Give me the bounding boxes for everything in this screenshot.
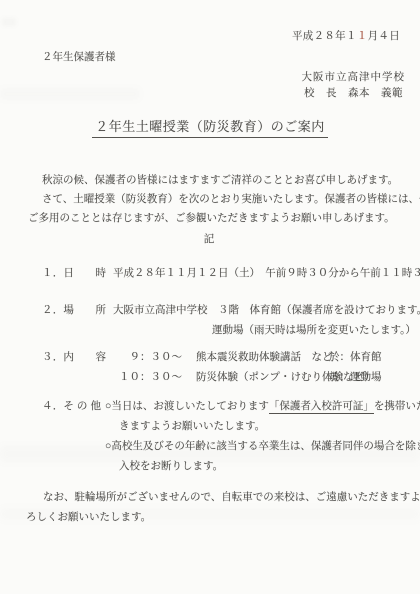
date-line: 平成２８年１１月４日	[292, 30, 400, 44]
school-name: 大阪市立高津中学校	[302, 71, 406, 85]
scan-artifact	[2, 18, 16, 26]
item-datetime-label: １．日 時	[42, 267, 106, 281]
other-note-2: ○高校生及びその年齢に該当する卒業生は、保護者同伴の場合を除き、	[105, 440, 420, 454]
greeting-line-1: 秋涼の候、保護者の皆様にはますますご清祥のこととお喜び申しあげます。	[28, 171, 394, 190]
scan-artifact	[0, 88, 140, 100]
content-row1-place: 於：体育館	[329, 351, 382, 365]
item-content-label: ３．内 容	[42, 351, 106, 365]
item-place-line-1: 大阪市立高津中学校 ３階 体育館（保護者席を設けております。）	[113, 304, 420, 318]
greeting-line-3: ご多用のこととは存じますが、ご参観いただきますようお願い申しあげます。	[28, 209, 394, 228]
principal-name: 校 長 森本 義範	[304, 87, 403, 101]
item-other-label: ４．そ の 他	[42, 400, 101, 414]
record-marker: 記	[0, 233, 420, 247]
item-place-label: ２．場 所	[42, 304, 106, 318]
content-row1-desc: 熊本震災救助体験講話 など	[196, 351, 333, 365]
other-note-1: ○当日は、お渡しいたしております「保護者入校許可証」を携帯いただ	[105, 400, 420, 414]
other-note-1-pre: ○当日は、お渡しいたしております	[105, 401, 269, 412]
closing-line-1: なお、駐輪場所がございませんので、自転車での来校は、ご遠慮いただきますようによ	[26, 488, 406, 508]
greeting-paragraph: 秋涼の候、保護者の皆様にはますますご清祥のこととお喜び申しあげます。 さて、土曜…	[28, 171, 394, 228]
item-place-line-2: 運動場（雨天時は場所を変更いたします。）	[212, 324, 416, 338]
content-row1-time: ９：３０～	[110, 351, 182, 365]
other-note-1-post: を携帯いただ	[374, 401, 420, 412]
content-row2-place: 於：運動場	[329, 371, 382, 385]
document-title: ２年生土曜授業（防災教育）のご案内	[92, 116, 328, 138]
date-suffix: 月４日	[368, 31, 400, 42]
entry-permit-underlined: 「保護者入校許可証」	[269, 401, 374, 414]
scanned-notice-page: 平成２８年１１月４日 ２年生保護者様 大阪市立高津中学校 校 長 森本 義範 ２…	[0, 0, 420, 594]
item-datetime-value: 平成２８年１１月１２日（土） 午前９時３０分から午前１１時３０分頃	[113, 267, 420, 281]
other-note-2-continuation: 入校をお断りします。	[119, 460, 223, 474]
title-container: ２年生土曜授業（防災教育）のご案内	[0, 116, 420, 138]
date-prefix: 平成２８年１	[292, 31, 357, 42]
closing-line-2: ろしくお願いいたします。	[26, 508, 406, 528]
content-row2-time: １０：３０～	[110, 371, 182, 385]
other-note-1-continuation: きますようお願いいたします。	[119, 420, 265, 434]
closing-paragraph: なお、駐輪場所がございませんので、自転車での来校は、ご遠慮いただきますようによ …	[26, 488, 406, 528]
date-highlight-digit: １	[357, 31, 368, 42]
greeting-line-2: さて、土曜授業（防災教育）を次のとおり実施いたします。保護者の皆様には、何かと	[28, 190, 394, 209]
recipient: ２年生保護者様	[42, 51, 116, 65]
